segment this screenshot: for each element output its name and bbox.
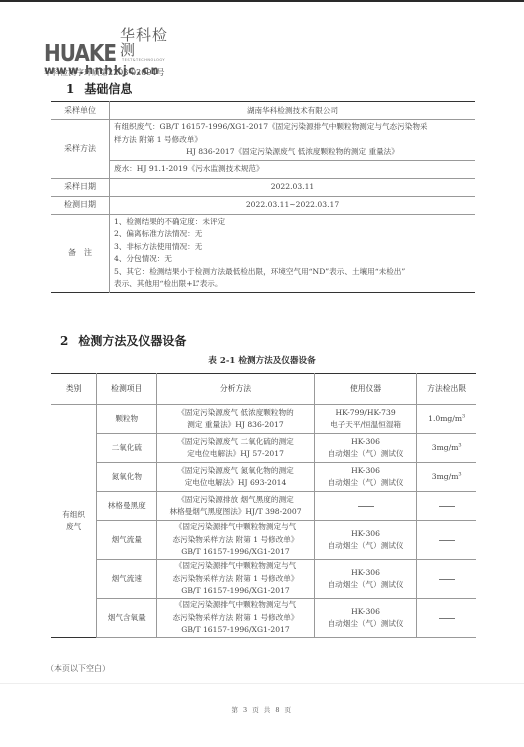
- logo-brand: HUAKE: [44, 42, 116, 65]
- table-row: 备 注 1、检测结果的不确定度：未评定 2、偏离标准方法情况：无 3、非标方法使…: [51, 214, 475, 292]
- table-row: 二氧化硫 《固定污染源废气 二氧化硫的测定 定电位电解法》HJ 57-2017 …: [51, 434, 476, 463]
- item-cell: 烟气流速: [97, 560, 157, 599]
- table-row: 林格曼黑度 《固定污染源排放 烟气黑度的测定 林格曼烟气黑度图法》HJ/T 39…: [51, 492, 476, 521]
- item-cell: 氮氧化物: [97, 463, 157, 492]
- item-cell: 烟气流量: [97, 521, 157, 560]
- table-row: 检测日期 2022.03.11~2022.03.17: [51, 196, 475, 214]
- table-row: 采样方法 有组织废气：GB/T 16157-1996/XG1-2017《固定污染…: [51, 120, 475, 161]
- row-label: 采样日期: [51, 178, 110, 196]
- table-header-row: 类别 检测项目 分析方法 使用仪器 方法检出限: [51, 374, 476, 405]
- limit-cell: 1.0mg/m3: [417, 405, 476, 434]
- footer-divider: [0, 683, 524, 684]
- column-header: 方法检出限: [417, 374, 476, 405]
- instrument-cell: [314, 492, 417, 521]
- method-cell: 《固定污染源排气中颗粒物测定与气 态污染物采样方法 附第 1 号修改单》 GB/…: [157, 521, 315, 560]
- table-row: 废水：HJ 91.1-2019《污水监测技术规范》: [51, 160, 475, 178]
- column-header: 检测项目: [97, 374, 157, 405]
- page-number: 第 3 页 共 8 页: [0, 705, 524, 714]
- top-border: [0, 0, 524, 2]
- instrument-cell: HK-306 自动烟尘（气）测试仪: [314, 599, 417, 638]
- table-row: 烟气流速 《固定污染源排气中颗粒物测定与气 态污染物采样方法 附第 1 号修改单…: [51, 560, 476, 599]
- column-header: 类别: [51, 374, 97, 405]
- dash-placeholder: [358, 506, 374, 507]
- basic-info-table: 采样单位 湖南华科检测技术有限公司 采样方法 有组织废气：GB/T 16157-…: [51, 101, 475, 293]
- table-row: 氮氧化物 《固定污染源废气 氮氧化物的测定 定电位电解法》HJ 693-2014…: [51, 463, 476, 492]
- table-row: 有组织 废气 颗粒物 《固定污染源废气 低浓度颗粒物的 测定 重量法》HJ 83…: [51, 405, 476, 434]
- table-row: 采样日期 2022.03.11: [51, 178, 475, 196]
- item-cell: 二氧化硫: [97, 434, 157, 463]
- instrument-cell: HK-306 自动烟尘（气）测试仪: [314, 434, 417, 463]
- document-number: 华科检测字环质第2203-02094号: [44, 67, 165, 78]
- dash-placeholder: [439, 540, 455, 541]
- table-row: 采样单位 湖南华科检测技术有限公司: [51, 102, 475, 120]
- method-cell: 《固定污染源废气 二氧化硫的测定 定电位电解法》HJ 57-2017: [157, 434, 315, 463]
- row-value: 废水：HJ 91.1-2019《污水监测技术规范》: [110, 160, 476, 178]
- method-cell: 《固定污染源排气中颗粒物测定与气 态污染物采样方法 附第 1 号修改单》 GB/…: [157, 560, 315, 599]
- row-label: 采样单位: [51, 102, 110, 120]
- column-header: 使用仪器: [314, 374, 417, 405]
- limit-cell: [417, 599, 476, 638]
- table-row: 烟气含氧量 《固定污染源排气中颗粒物测定与气 态污染物采样方法 附第 1 号修改…: [51, 599, 476, 638]
- limit-cell: 3mg/m3: [417, 463, 476, 492]
- dash-placeholder: [439, 579, 455, 580]
- row-value: 2022.03.11: [110, 178, 476, 196]
- item-cell: 林格曼黑度: [97, 492, 157, 521]
- category-cell: 有组织 废气: [51, 405, 97, 638]
- instrument-cell: HK-306 自动烟尘（气）测试仪: [314, 521, 417, 560]
- row-label: 采样方法: [51, 120, 110, 179]
- row-value: 湖南华科检测技术有限公司: [110, 102, 476, 120]
- dash-placeholder: [439, 506, 455, 507]
- row-value: 1、检测结果的不确定度：未评定 2、偏离标准方法情况：无 3、非标方法使用情况：…: [110, 214, 476, 292]
- method-cell: 《固定污染源废气 氮氧化物的测定 定电位电解法》HJ 693-2014: [157, 463, 315, 492]
- limit-cell: 3mg/m3: [417, 434, 476, 463]
- logo-chinese-name: 华科检测: [120, 28, 184, 58]
- item-cell: 烟气含氧量: [97, 599, 157, 638]
- instrument-cell: HK-799/HK-739 电子天平/恒温恒湿箱: [314, 405, 417, 434]
- method-cell: 《固定污染源排放 烟气黑度的测定 林格曼烟气黑度图法》HJ/T 398-2007: [157, 492, 315, 521]
- method-cell: 《固定污染源排气中颗粒物测定与气 态污染物采样方法 附第 1 号修改单》 GB/…: [157, 599, 315, 638]
- section-2-heading: 2检测方法及仪器设备: [60, 332, 186, 349]
- table-row: 烟气流量 《固定污染源排气中颗粒物测定与气 态污染物采样方法 附第 1 号修改单…: [51, 521, 476, 560]
- row-label: 备 注: [51, 214, 110, 292]
- item-cell: 颗粒物: [97, 405, 157, 434]
- methods-equipment-table: 类别 检测项目 分析方法 使用仪器 方法检出限 有组织 废气 颗粒物 《固定污染…: [51, 373, 476, 638]
- row-label: 检测日期: [51, 196, 110, 214]
- table-caption: 表 2-1 检测方法及仪器设备: [0, 354, 524, 366]
- column-header: 分析方法: [157, 374, 315, 405]
- dash-placeholder: [439, 618, 455, 619]
- instrument-cell: HK-306 自动烟尘（气）测试仪: [314, 560, 417, 599]
- instrument-cell: HK-306 自动烟尘（气）测试仪: [314, 463, 417, 492]
- row-value: 2022.03.11~2022.03.17: [110, 196, 476, 214]
- blank-below-note: （本页以下空白）: [46, 663, 110, 674]
- limit-cell: [417, 492, 476, 521]
- limit-cell: [417, 560, 476, 599]
- row-value: 有组织废气：GB/T 16157-1996/XG1-2017《固定污染源排气中颗…: [110, 120, 476, 161]
- section-1-heading: 1基础信息: [66, 80, 132, 97]
- method-cell: 《固定污染源废气 低浓度颗粒物的 测定 重量法》HJ 836-2017: [157, 405, 315, 434]
- limit-cell: [417, 521, 476, 560]
